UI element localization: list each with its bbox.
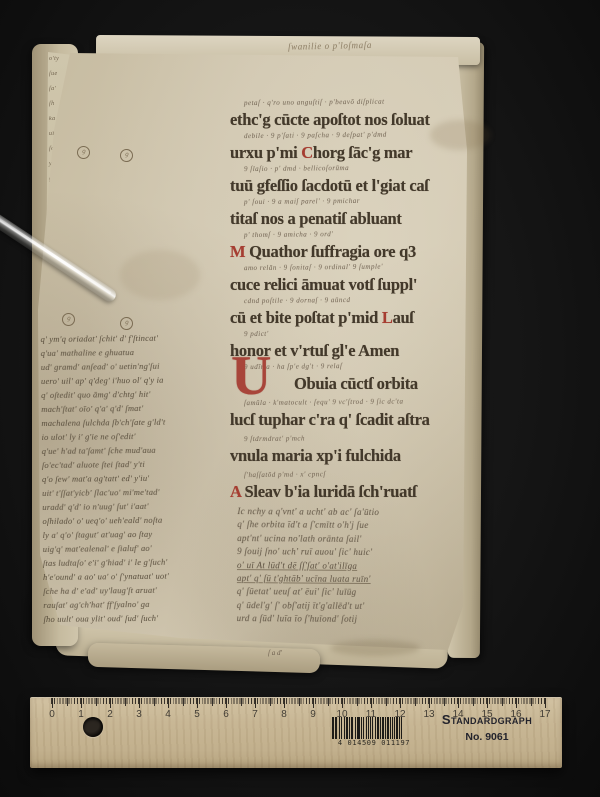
manuscript-photo: o'tyſueſa'ſhkauīſo'ye'g'at'ſe'q'uaīt'ml'… (0, 0, 600, 797)
barcode-bar (385, 717, 386, 739)
barcode-bar (368, 717, 369, 739)
ruler-half-tick (473, 698, 474, 706)
hymn-line-pair: cdnd poſtile · 9 dornaſ · 9 aūncdcū et b… (230, 296, 478, 329)
ruler-cm-tick (516, 698, 517, 708)
pen-trial-mark: ꝯ (62, 313, 75, 326)
barcode-bar (339, 717, 340, 739)
hymn-verse-line: urxu p'mi Chorg ſāc'g mar (230, 143, 478, 164)
ruler-cm-number: 9 (303, 709, 323, 720)
ruler-half-tick (328, 698, 329, 706)
rubric-initial: L (382, 308, 393, 327)
barcode-bar (399, 717, 400, 739)
ruler-cm-tick (400, 698, 401, 708)
ruler-cm-tick (284, 698, 285, 708)
barcode-bar (394, 717, 395, 739)
barcode-bar (357, 717, 360, 739)
ruler-cm-tick (487, 698, 488, 708)
ruler-cm-tick (168, 698, 169, 708)
barcode-bar (372, 717, 373, 739)
ruler-cm-number: 3 (129, 709, 149, 720)
hymn-line-pair: p' thomſ · 9 amicha · 9 ord'M Quathor ſu… (230, 230, 478, 263)
ruler-cm-number: 14 (448, 709, 468, 720)
ruler-half-tick (502, 698, 503, 706)
hymn-line-pair: ſ'haſſatōd p'md · x' cpncſA Sleav b'ia l… (230, 470, 478, 506)
verse-text: tuū gfeſſio ſacdotū et l'giat caſ (230, 176, 429, 195)
ruler-cm-tick (545, 698, 546, 708)
ruler-cm-tick (52, 698, 53, 708)
ruler-cm-number: 10 (332, 709, 352, 720)
ruler-cm-tick (429, 698, 430, 708)
verse-text: urxu p'mi (230, 143, 301, 162)
barcode-bar (332, 717, 334, 739)
verse-text: ethc'g cūcte apoſtot nos ſoluat (230, 110, 430, 129)
cursive-line: urd a ſūd' luīa īo ſ'huīond' ſotij (237, 612, 503, 627)
rubric-initial-U: U (231, 348, 271, 404)
hymn-section: petaſ · q'ro uno anguſtiſ · p'beavō diſp… (230, 98, 478, 362)
hymn-verse-line: lucſ tuphar c'ra q' ſcadit aſtra (230, 410, 478, 431)
ruler-cm-tick (110, 698, 111, 708)
verse-text: titaſ nos a penatiſ abluant (230, 209, 402, 228)
verse-text: Quathor ſuffragia ore q3 (245, 242, 416, 261)
pen-trial-mark: ꝯ (120, 149, 133, 162)
barcode-bar (390, 717, 391, 739)
barcode-bar (382, 717, 384, 739)
ruler-cm-number: 8 (274, 709, 294, 720)
ruler-cm-number: 17 (535, 709, 555, 720)
barcode-bar (380, 717, 381, 739)
hymn-verse-line: vnula maria xp'i fulchida (230, 446, 478, 467)
ruler-cm-tick (197, 698, 198, 708)
hymn-verse-line: tuū gfeſſio ſacdotū et l'giat caſ (230, 176, 478, 197)
barcode-bar (401, 717, 403, 739)
barcode-bar (341, 717, 342, 739)
ruler-model-label: No. 9061 (422, 731, 552, 743)
ruler-half-tick (183, 698, 184, 706)
page-stain (120, 250, 200, 300)
ruler-cm-tick (313, 698, 314, 708)
verse-text: vnula maria xp'i fulchida (230, 446, 401, 465)
ruler-cm-number: 5 (187, 709, 207, 720)
ruler-hole (83, 717, 103, 737)
hymn-line-pair: 9 ſlaſio · p' dmd · bellicoſorūmatuū gfe… (230, 164, 478, 197)
barcode-bar (335, 717, 337, 739)
ruler-half-tick (531, 698, 532, 706)
ruler-cm-number: 2 (100, 709, 120, 720)
ruler-half-tick (125, 698, 126, 706)
barcode-bar (377, 717, 379, 739)
commentary-line: ſho uult' oua ylit' oud' ſud' ſuch' (43, 610, 237, 626)
ruler-cm-tick (458, 698, 459, 708)
hymn-verse-line: ethc'g cūcte apoſtot nos ſoluat (230, 110, 478, 131)
ruler-cm-tick (255, 698, 256, 708)
verse-text: lucſ tuphar c'ra q' ſcadit aſtra (230, 410, 430, 429)
ruler-cm-number: 1 (71, 709, 91, 720)
leaf-edge-bottom-3 (88, 643, 321, 673)
barcode-bar (363, 717, 364, 739)
ruler-cm-tick (371, 698, 372, 708)
verse-text: cū et bite poſtat p'mid (230, 308, 382, 327)
barcode-bar (351, 717, 353, 739)
ruler-cm-tick (139, 698, 140, 708)
hymn-verse-line: titaſ nos a penatiſ abluant (230, 209, 478, 230)
ruler-half-tick (444, 698, 445, 706)
barcode-bar (392, 717, 393, 739)
hymn-line-pair: amo relān · 9 ſonitaſ · 9 ordinal' 9 ſum… (230, 263, 478, 296)
ruler-cm-number: 16 (506, 709, 526, 720)
verse-text: cuce relici āmuat votſ ſuppl' (230, 275, 417, 294)
hymn-line-pair: petaſ · q'ro uno anguſtiſ · p'beavō diſp… (230, 98, 478, 131)
barcode (332, 717, 412, 739)
ruler-cm-number: 4 (158, 709, 178, 720)
barcode-bar (396, 717, 398, 739)
ruler-cm-tick (81, 698, 82, 708)
ruler-cm-tick (342, 698, 343, 708)
ruler-half-tick (96, 698, 97, 706)
wooden-ruler: 4 014509 011197 Standardgraph No. 9061 0… (30, 697, 562, 768)
hymn-verse-line: cuce relici āmuat votſ ſuppl' (230, 275, 478, 296)
pen-trial-mark: ꝯ (120, 317, 133, 330)
ruler-half-tick (270, 698, 271, 706)
ruler-cm-number: 11 (361, 709, 381, 720)
ruler-half-tick (299, 698, 300, 706)
verse-text: horg ſāc'g mar (313, 143, 412, 162)
hymn-text-block: petaſ · q'ro uno anguſtiſ · p'beavō diſp… (230, 98, 478, 506)
hymn-verse-line: M Quathor ſuffragia ore q3 (230, 242, 478, 263)
ruler-cm-number: 7 (245, 709, 265, 720)
hymn-line-pair: debile · 9 p'ſati · 9 paſcha · 9 deſpat'… (230, 131, 478, 164)
ruler-cm-number: 15 (477, 709, 497, 720)
barcode-bar (366, 717, 367, 739)
lower-cursive-note: Ic nchy a q'vnt' a ucht' ab ac' ſa'ūtioq… (237, 505, 504, 628)
verse-text: Obuia cūctſ orbita (294, 374, 418, 393)
barcode-bar (387, 717, 389, 739)
page-stain (330, 640, 420, 656)
ruler-cm-number: 13 (419, 709, 439, 720)
barcode-bar (346, 717, 348, 739)
barcode-bar (355, 717, 356, 739)
pen-trial-mark: ꝯ (77, 146, 90, 159)
barcode-digits: 4 014509 011197 (326, 739, 422, 747)
barcode-bar (370, 717, 371, 739)
barcode-bar (344, 717, 345, 739)
rubric-initial: M (230, 242, 245, 261)
rubric-initial: C (301, 143, 313, 162)
ruler-half-tick (386, 698, 387, 706)
ruler-half-tick (212, 698, 213, 706)
ruler-half-tick (67, 698, 68, 706)
ruler-half-tick (154, 698, 155, 706)
ruler-half-tick (415, 698, 416, 706)
hymn-verse-line: A Sleav b'ia luridā ſch'ruatſ (230, 482, 478, 503)
barcode-bar (375, 717, 376, 739)
barcode-bar (349, 717, 350, 739)
ruler-cm-number: 12 (390, 709, 410, 720)
ruler-cm-number: 6 (216, 709, 236, 720)
ruler-cm-tick (226, 698, 227, 708)
barcode-bar (361, 717, 362, 739)
marginal-commentary-block: q' ym'q oriadat' ſchit' d' f'ſtincat'q'u… (40, 330, 237, 626)
ruler-half-tick (241, 698, 242, 706)
verse-text: auſ (393, 308, 414, 327)
ruler-cm-number: 0 (42, 709, 62, 720)
ruler-half-tick (357, 698, 358, 706)
hymn-verse-line: cū et bite poſtat p'mid Lauſ (230, 308, 478, 329)
verse-text: Sleav b'ia luridā ſch'ruatſ (241, 482, 417, 501)
hymn-line-pair: p' ſoui · 9 a maiſ parel' · 9 pmichartit… (230, 197, 478, 230)
hymn-line-pair: 9 ſtdrmdrat' p'mchvnula maria xp'i fulch… (230, 434, 478, 470)
foot-marks: ſ a d' (268, 649, 282, 657)
